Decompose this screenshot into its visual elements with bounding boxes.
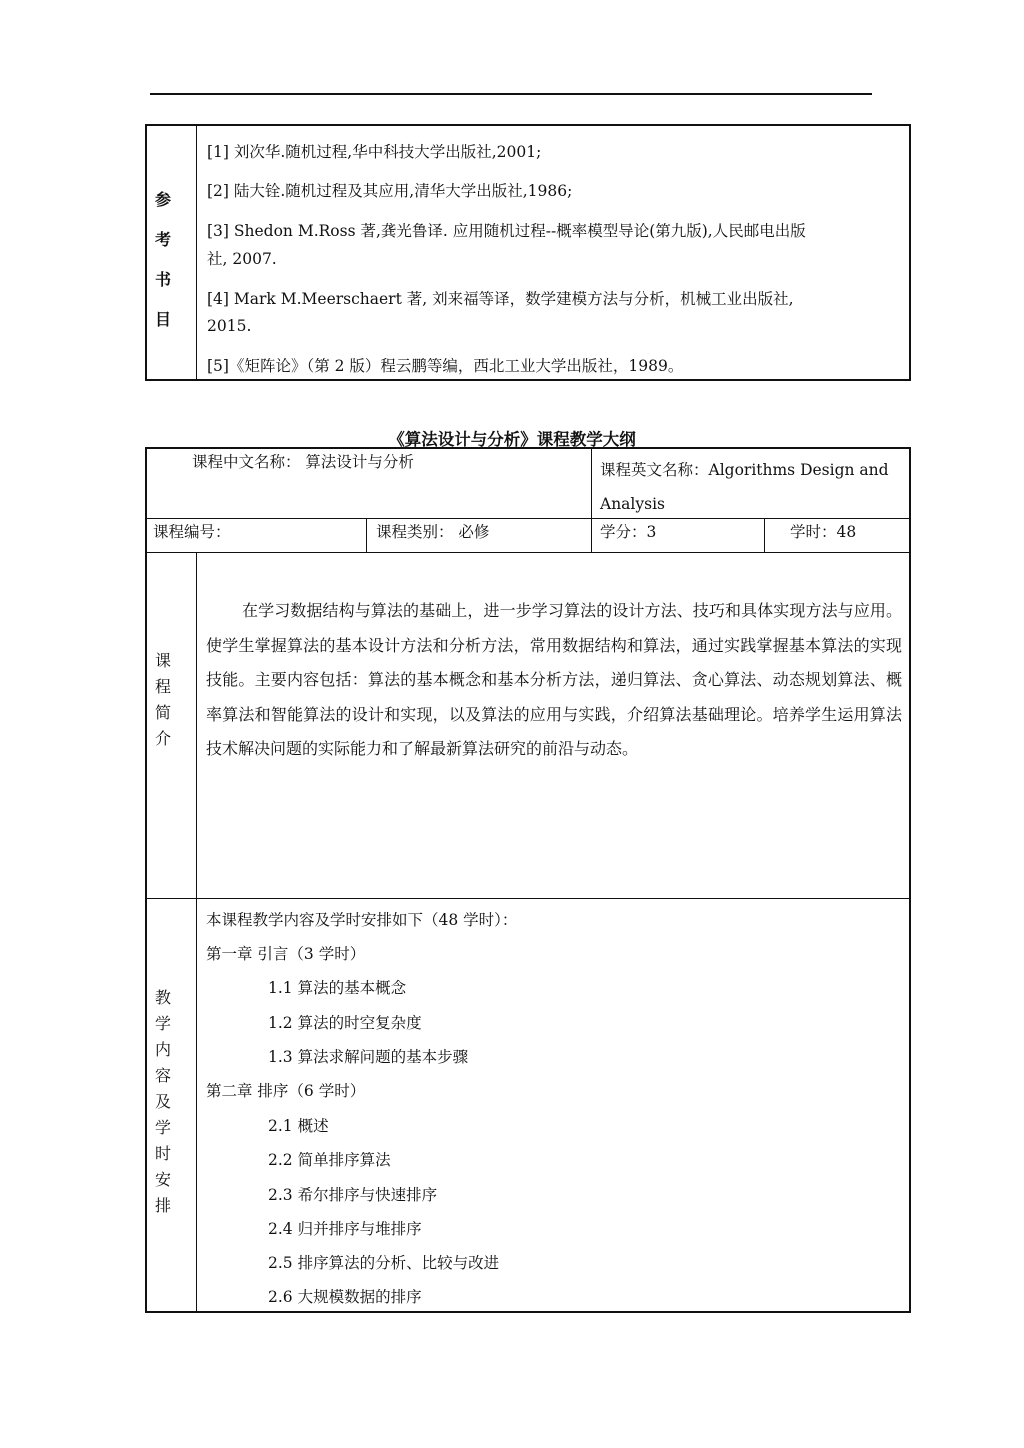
course-type: 课程类别： 必修	[376, 525, 489, 541]
course-code: 课程编号：	[153, 525, 231, 541]
label-char: 时	[148, 1141, 178, 1167]
label-char: 学	[148, 1011, 178, 1037]
label-col-divider	[196, 552, 197, 1313]
row-divider	[145, 898, 911, 899]
reference-item-5: [5]《矩阵论》（第 2 版）程云鹏等编，西北工业大学出版社，1989。	[207, 359, 683, 375]
label-char: 参	[148, 180, 178, 220]
label-char: 容	[148, 1063, 178, 1089]
label-char: 课	[148, 648, 178, 674]
label-char: 书	[148, 260, 178, 300]
section-item: 2.5 排序算法的分析、比较与改进	[268, 1256, 499, 1272]
course-en-name: 课程英文名称：Algorithms Design and	[600, 463, 889, 479]
label-char: 简	[148, 700, 178, 726]
course-credits: 学分：3	[600, 525, 656, 541]
content-intro: 本课程教学内容及学时安排如下（48 学时）：	[206, 913, 517, 929]
reference-item-3-cont: 社, 2007.	[207, 252, 277, 268]
label-char: 考	[148, 220, 178, 260]
course-intro-text: 在学习数据结构与算法的基础上，进一步学习算法的设计方法、技巧和具体实现方法与应用…	[206, 594, 902, 767]
col-divider	[366, 518, 367, 552]
header-rule	[150, 93, 872, 95]
section-item: 1.2 算法的时空复杂度	[268, 1016, 422, 1032]
label-char: 目	[148, 300, 178, 340]
syllabus-table	[145, 447, 911, 1313]
reference-item-4-cont: 2015.	[207, 319, 251, 335]
label-char: 及	[148, 1089, 178, 1115]
row-divider	[145, 518, 911, 519]
label-char: 教	[148, 985, 178, 1011]
reference-item-1: [1] 刘次华.随机过程,华中科技大学出版社,2001;	[207, 145, 541, 161]
course-en-name-cont: Analysis	[600, 497, 665, 513]
section-item: 2.3 希尔排序与快速排序	[268, 1188, 437, 1204]
section-item: 1.1 算法的基本概念	[268, 981, 406, 997]
section-item: 2.1 概述	[268, 1119, 329, 1135]
section-item: 2.4 归并排序与堆排序	[268, 1222, 422, 1238]
section-item: 2.6 大规模数据的排序	[268, 1290, 422, 1306]
row-divider	[145, 552, 911, 553]
label-char: 学	[148, 1115, 178, 1141]
reference-item-4: [4] Mark M.Meerschaert 著, 刘来福等译，数学建模方法与分…	[207, 292, 794, 308]
col-divider	[591, 447, 592, 552]
course-cn-name: 课程中文名称： 算法设计与分析	[192, 455, 414, 471]
label-char: 内	[148, 1037, 178, 1063]
section-item: 2.2 简单排序算法	[268, 1153, 391, 1169]
label-char: 程	[148, 674, 178, 700]
label-char: 排	[148, 1193, 178, 1219]
chapter-heading: 第一章 引言（3 学时）	[206, 947, 365, 963]
references-divider	[196, 124, 197, 381]
chapter-heading: 第二章 排序（6 学时）	[206, 1084, 365, 1100]
label-char: 介	[148, 726, 178, 752]
section-item: 1.3 算法求解问题的基本步骤	[268, 1050, 468, 1066]
reference-item-2: [2] 陆大铨.随机过程及其应用,清华大学出版社,1986;	[207, 184, 572, 200]
col-divider	[764, 518, 765, 552]
label-char: 安	[148, 1167, 178, 1193]
course-hours: 学时：48	[790, 525, 856, 541]
reference-item-3: [3] Shedon M.Ross 著,龚光鲁译. 应用随机过程--概率模型导论…	[207, 224, 806, 240]
